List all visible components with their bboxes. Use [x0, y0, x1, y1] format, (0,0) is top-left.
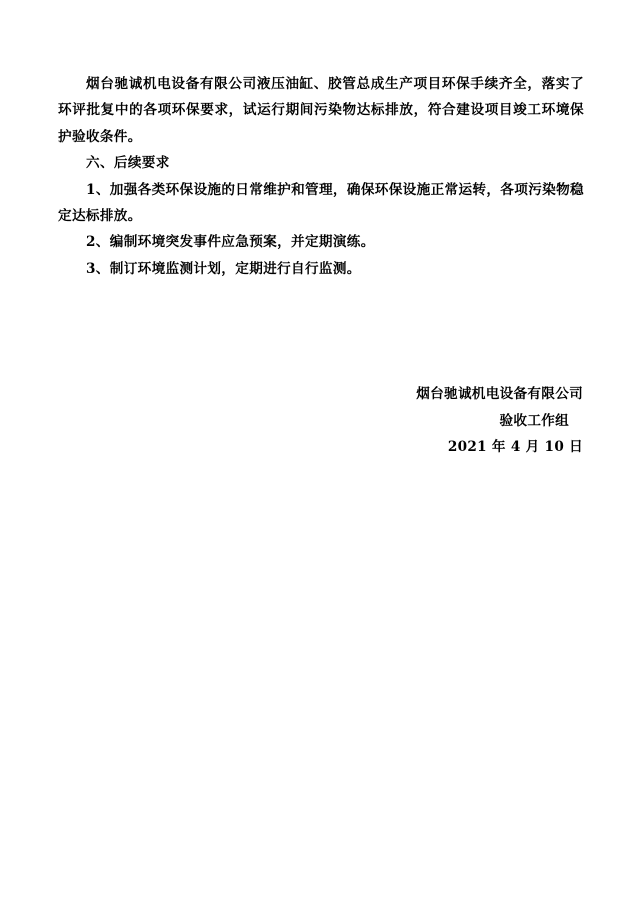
signature-block: 烟台驰诚机电设备有限公司 验收工作组 2021 年 4 月 10 日	[343, 381, 583, 461]
signature-working-group: 验收工作组	[343, 408, 583, 435]
signature-date: 2021 年 4 月 10 日	[343, 434, 583, 461]
requirement-item-1: 1、加强各类环保设施的日常维护和管理，确保环保设施正常运转，各项污染物稳定达标排…	[58, 177, 584, 230]
requirement-item-2: 2、编制环境突发事件应急预案，并定期演练。	[58, 229, 584, 255]
document-body: 烟台驰诚机电设备有限公司液压油缸、胶管总成生产项目环保手续齐全，落实了环评批复中…	[58, 71, 584, 282]
section-heading-follow-up-requirements: 六、后续要求	[58, 150, 584, 176]
document-page: 烟台驰诚机电设备有限公司液压油缸、胶管总成生产项目环保手续齐全，落实了环评批复中…	[0, 0, 640, 911]
signature-company: 烟台驰诚机电设备有限公司	[343, 381, 583, 408]
requirement-item-3: 3、制订环境监测计划，定期进行自行监测。	[58, 256, 584, 282]
conclusion-paragraph: 烟台驰诚机电设备有限公司液压油缸、胶管总成生产项目环保手续齐全，落实了环评批复中…	[58, 71, 584, 150]
